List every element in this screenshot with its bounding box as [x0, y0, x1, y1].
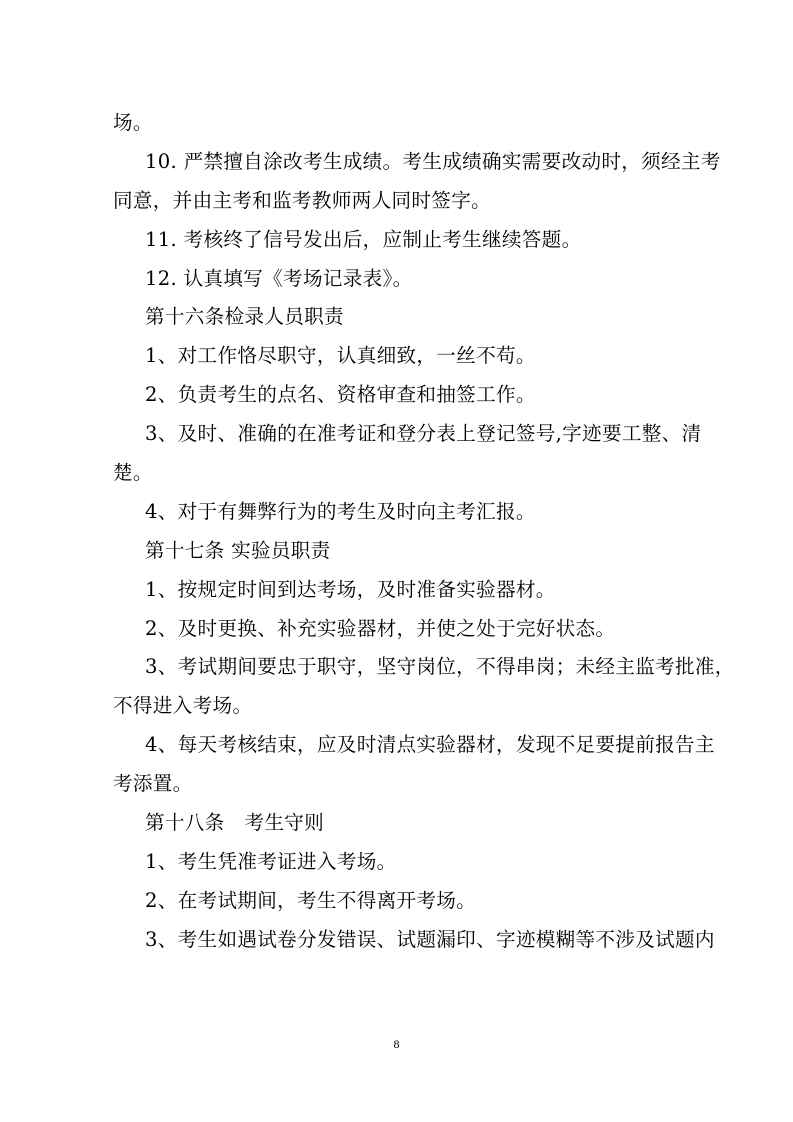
- rule-item-10-cont: 同意，并由主考和监考教师两人同时签字。: [113, 182, 685, 221]
- article-18-item-1: 1、考生凭准考证进入考场。: [113, 843, 685, 882]
- article-17-item-3: 3、考试期间要忠于职守，坚守岗位，不得串岗；未经主监考批准，: [113, 648, 685, 687]
- article-18-item-3: 3、考生如遇试卷分发错误、试题漏印、字迹模糊等不涉及试题内: [113, 921, 685, 960]
- text-line-continuation: 场。: [113, 104, 685, 143]
- article-17-item-2: 2、及时更换、补充实验器材，并使之处于完好状态。: [113, 610, 685, 649]
- article-18-heading: 第十八条 考生守则: [113, 804, 685, 843]
- article-16-heading: 第十六条检录人员职责: [113, 298, 685, 337]
- article-16-item-4: 4、对于有舞弊行为的考生及时向主考汇报。: [113, 493, 685, 532]
- rule-item-10: 10. 严禁擅自涂改考生成绩。考生成绩确实需要改动时，须经主考: [113, 143, 685, 182]
- rule-item-11: 11. 考核终了信号发出后，应制止考生继续答题。: [113, 221, 685, 260]
- article-17-item-3-cont: 不得进入考场。: [113, 687, 685, 726]
- article-17-item-4-cont: 考添置。: [113, 765, 685, 804]
- article-17-item-4: 4、每天考核结束，应及时清点实验器材，发现不足要提前报告主: [113, 726, 685, 765]
- article-16-item-1: 1、对工作恪尽职守，认真细致，一丝不苟。: [113, 337, 685, 376]
- article-17-heading: 第十七条 实验员职责: [113, 532, 685, 571]
- article-17-item-1: 1、按规定时间到达考场，及时准备实验器材。: [113, 571, 685, 610]
- article-16-item-2: 2、负责考生的点名、资格审查和抽签工作。: [113, 376, 685, 415]
- page-number: 8: [0, 1037, 793, 1052]
- article-16-item-3-cont: 楚。: [113, 454, 685, 493]
- article-18-item-2: 2、在考试期间，考生不得离开考场。: [113, 882, 685, 921]
- document-body: 场。 10. 严禁擅自涂改考生成绩。考生成绩确实需要改动时，须经主考 同意，并由…: [113, 104, 685, 960]
- rule-item-12: 12. 认真填写《考场记录表》。: [113, 260, 685, 299]
- article-16-item-3: 3、及时、准确的在准考证和登分表上登记签号,字迹要工整、清: [113, 415, 685, 454]
